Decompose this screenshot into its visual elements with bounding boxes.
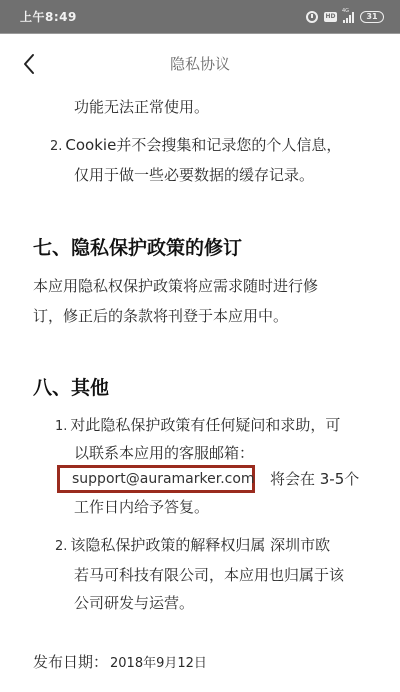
status-bar: 上午8:49 HD 4G 31 [0, 0, 400, 34]
section8-item1-line2: 以联系本应用的客服邮箱： [74, 438, 254, 468]
alarm-icon [306, 11, 318, 23]
status-icons: HD 4G 31 [306, 11, 384, 23]
section7-heading: 七、隐私保护政策的修订 [33, 233, 242, 260]
battery-icon: 31 [360, 11, 384, 23]
list-text: 对此隐私保护政策有任何疑问和求助，可 [70, 416, 340, 434]
list-number: 2. [55, 532, 67, 562]
publish-date-label: 发布日期： [33, 653, 108, 671]
section8-item2-line1: 2.该隐私保护政策的解释权归属 深圳市欧 [55, 530, 330, 562]
list-number: 1. [55, 412, 67, 442]
section8-item2-line3: 公司研发与运营。 [74, 588, 194, 618]
list-text: 该隐私保护政策的解释权归属 深圳市欧 [70, 536, 330, 554]
support-email-link[interactable]: support@auramarker.com [57, 465, 255, 493]
section8-item2-line2: 若马可科技有限公司，本应用也归属于该 [74, 560, 344, 590]
cookie-item-line2: 仅用于做一些必要数据的缓存记录。 [74, 160, 314, 190]
section7-line1: 本应用隐私权保护政策将应需求随时进行修 [33, 271, 318, 301]
section8-item1-line4: 工作日内给予答复。 [74, 492, 209, 522]
support-email[interactable]: support@auramarker.com [72, 471, 255, 487]
status-time: 上午8:49 [20, 8, 77, 25]
publish-date: 发布日期：2018年9月12日 [33, 651, 207, 672]
publish-date-value: 2018年9月12日 [110, 656, 207, 671]
section8-heading: 八、其他 [33, 373, 109, 400]
cookie-item-line1: 2.Cookie并不会搜集和记录您的个人信息， [50, 130, 341, 162]
nav-bar: 隐私协议 [0, 35, 400, 93]
page-title: 隐私协议 [0, 53, 400, 74]
list-number: 2. [50, 132, 62, 162]
section8-item1-line3: 将会在 3-5个 [270, 464, 359, 494]
section7-line2: 订，修正后的条款将刊登于本应用中。 [33, 301, 288, 331]
intro-continuation: 功能无法正常使用。 [74, 92, 209, 122]
network-label: 4G [342, 8, 349, 14]
hd-icon: HD [324, 12, 337, 22]
list-text: Cookie并不会搜集和记录您的个人信息， [65, 136, 341, 154]
4g-signal-icon: 4G [343, 11, 354, 23]
